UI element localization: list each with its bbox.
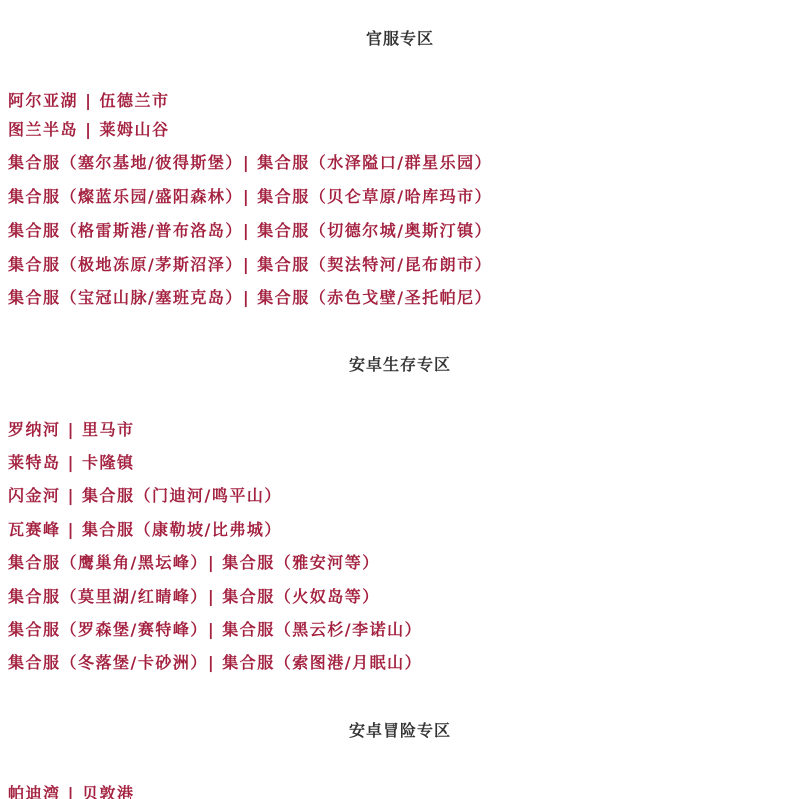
server-line: 集合服（宝冠山脉/塞班克岛）| 集合服（赤色戈壁/圣托帕尼） — [8, 288, 492, 308]
section-title-android-survival: 安卓生存专区 — [0, 352, 800, 375]
server-line: 罗纳河 | 里马市 — [8, 420, 135, 440]
server-line: 闪金河 | 集合服（门迪河/鸣平山） — [8, 486, 282, 506]
server-line: 莱特岛 | 卡隆镇 — [8, 453, 135, 473]
server-line: 阿尔亚湖 | 伍德兰市 — [8, 91, 170, 111]
server-line: 瓦赛峰 | 集合服（康勒坡/比弗城） — [8, 520, 282, 540]
server-line: 集合服（鹰巢角/黑坛峰）| 集合服（雅安河等） — [8, 553, 380, 573]
server-line: 图兰半岛 | 莱姆山谷 — [8, 120, 170, 140]
server-line: 集合服（罗森堡/赛特峰）| 集合服（黑云杉/李诺山） — [8, 620, 422, 640]
server-line: 集合服（极地冻原/茅斯沼泽）| 集合服（契法特河/昆布朗市） — [8, 255, 492, 275]
section-title-android-adventure: 安卓冒险专区 — [0, 718, 800, 741]
server-line: 帕迪湾 | 贝敦港 — [8, 784, 135, 799]
section-title-official: 官服专区 — [0, 26, 800, 49]
server-line: 集合服（冬落堡/卡砂洲）| 集合服（索图港/月眠山） — [8, 653, 422, 673]
server-line: 集合服（莫里湖/红睛峰）| 集合服（火奴岛等） — [8, 587, 380, 607]
server-line: 集合服（塞尔基地/彼得斯堡）| 集合服（水泽隘口/群星乐园） — [8, 153, 492, 173]
server-line: 集合服（格雷斯港/普布洛岛）| 集合服（切德尔城/奥斯汀镇） — [8, 221, 492, 241]
server-line: 集合服（燦蓝乐园/盛阳森林）| 集合服（贝仑草原/哈库玛市） — [8, 187, 492, 207]
